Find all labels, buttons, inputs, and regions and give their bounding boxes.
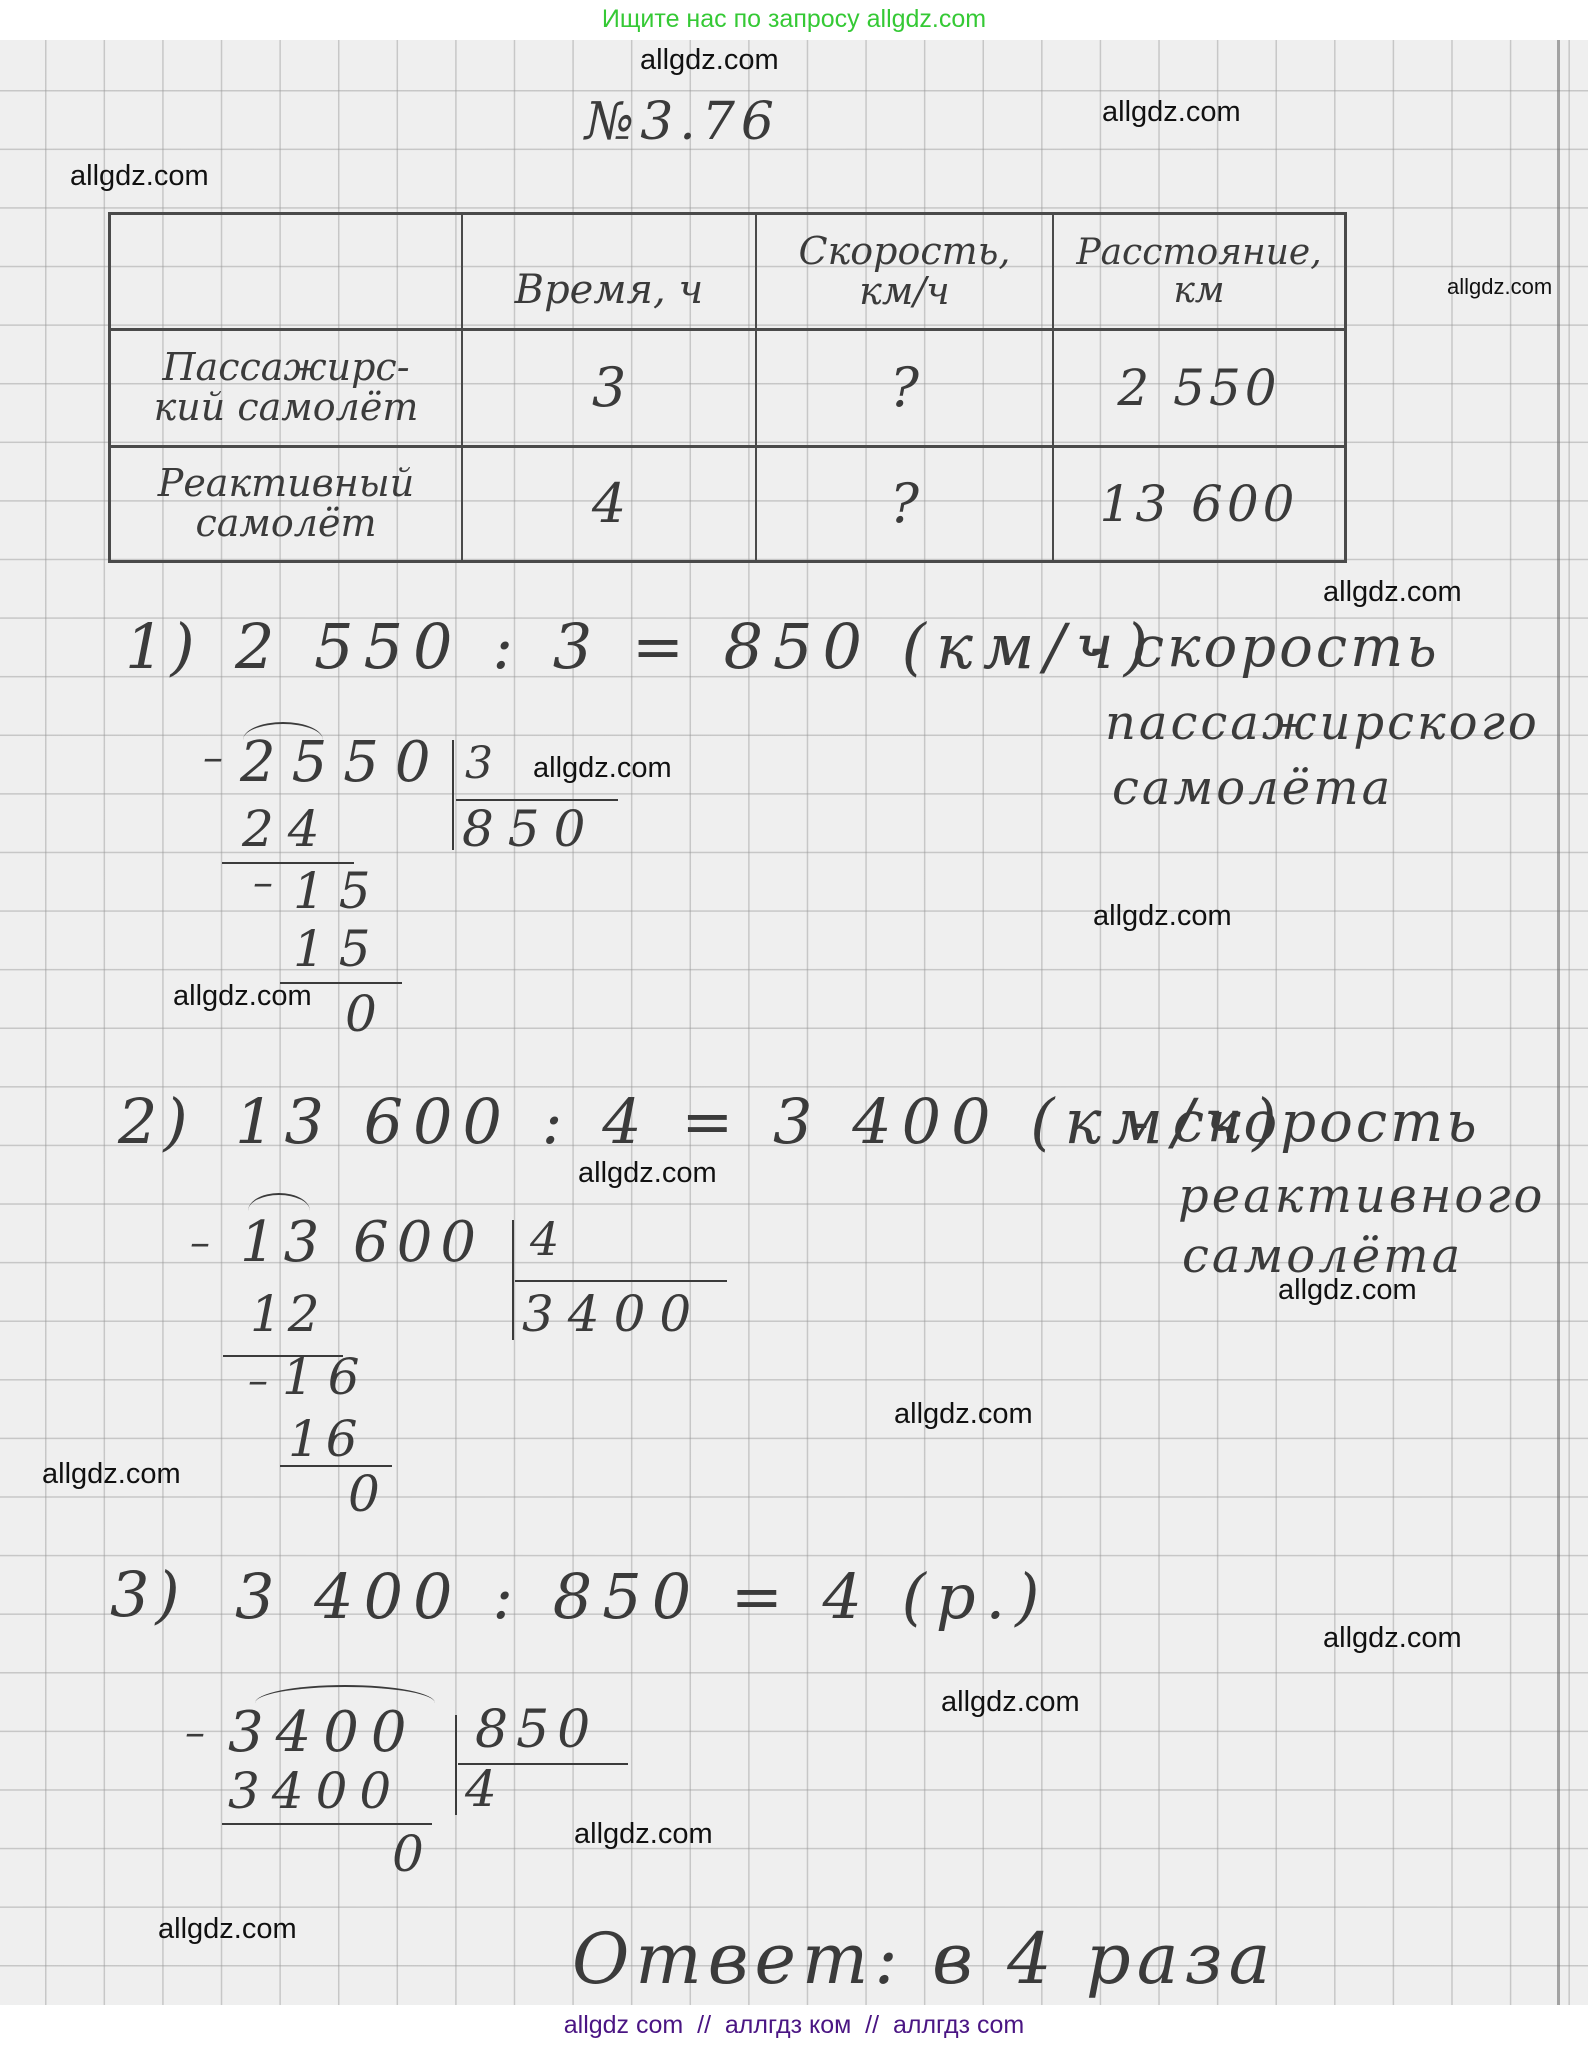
row-name-passenger: Пассажирс- кий самолёт [111,331,461,445]
remainder: 0 [345,985,383,1043]
margin-line [1557,40,1560,2005]
table-border-right [1344,212,1347,563]
partial: 15 [293,920,385,978]
notebook-page: №3.76 Время, ч Скорость, км/ч Расстояние… [0,40,1588,2005]
cell-speed: ? [757,448,1052,560]
problem-number: №3.76 [585,92,780,152]
watermark: allgdz.com [640,44,779,77]
header-time-text: Время, ч [515,269,704,311]
top-banner: Ищите нас по запросу allgdz.com [0,0,1588,40]
bottom-banner: allgdz com // аллгдз ком // аллгдз com [0,2005,1588,2045]
watermark: allgdz.com [173,980,312,1013]
partial: 3400 [228,1762,403,1820]
watermark: allgdz.com [533,752,672,785]
step-3-expression: 3 400 : 850 = 4 (р.) [235,1560,1049,1633]
partial: 24 [242,800,334,858]
step-2-expression: 13 600 : 4 = 3 400 (км/ч) [235,1085,1287,1158]
header-speed: Скорость, км/ч [757,216,1052,328]
remainder: 0 [392,1825,430,1883]
watermark: allgdz.com [42,1458,181,1491]
step-2-comment-line: реактивного [1178,1168,1545,1224]
divisor: 3 [465,738,499,789]
step-1-comment-line: самолёта [1112,760,1393,816]
header-speed-line2: км/ч [799,272,1011,312]
header-time: Время, ч [463,252,755,328]
partial: 15 [293,862,385,920]
step-3-label: 3) [110,1558,186,1631]
minus-sign: – [190,1220,216,1266]
row-name-jet: Реактивный самолёт [111,448,461,560]
divisor: 4 [530,1212,565,1266]
minus-sign: – [185,1710,211,1756]
partial: 16 [288,1410,364,1468]
step-2-label: 2) [118,1085,194,1158]
watermark: allgdz.com [158,1913,297,1946]
header-speed-line1: Скорость, [799,232,1011,272]
cell-time: 3 [463,331,755,445]
answer: Ответ: в 4 раза [572,1918,1276,2000]
bottom-banner-text: allgdz com // аллгдз ком // аллгдз com [564,2011,1025,2039]
top-banner-text: Ищите нас по запросу allgdz.com [602,5,986,33]
step-1-label: 1) [125,610,201,683]
minus-sign: – [203,735,229,781]
watermark: allgdz.com [941,1686,1080,1719]
watermark: allgdz.com [1323,576,1462,609]
quotient: 3400 [522,1285,705,1343]
cell-time: 4 [463,448,755,560]
row-name-line1: Пассажирс- [154,348,419,388]
step-1-expression: 2 550 : 3 = 850 (км/ч) [235,610,1158,683]
header-distance: Расстояние, км [1054,216,1344,328]
header-distance-line1: Расстояние, [1076,234,1321,272]
table-border-bottom [108,560,1346,563]
dividend: 2550 [240,730,447,795]
step-1-comment-line: пассажирского [1105,695,1540,751]
step-1-comment: - скорость [1090,615,1440,680]
watermark: allgdz.com [574,1818,713,1851]
watermark: allgdz.com [1447,274,1552,300]
minus-sign: – [253,860,279,906]
division-bar [512,1220,514,1340]
dividend: 13 600 [240,1210,484,1275]
table-border-top [108,212,1346,215]
minus-sign: – [248,1358,274,1404]
partial: 12 [250,1285,326,1343]
row-name-line1: Реактивный [158,464,414,504]
watermark: allgdz.com [578,1157,717,1190]
partial: 16 [282,1348,374,1406]
cell-speed: ? [757,331,1052,445]
divisor-rule [515,1280,727,1282]
dividend: 3400 [228,1700,419,1765]
watermark: allgdz.com [894,1398,1033,1431]
watermark: allgdz.com [1102,96,1241,129]
division-bar [455,1715,457,1815]
watermark: allgdz.com [1278,1274,1417,1307]
division-arc [248,1193,310,1211]
divisor: 850 [475,1700,598,1760]
watermark: allgdz.com [1093,900,1232,933]
header-distance-line2: км [1076,272,1321,310]
cell-distance: 13 600 [1054,448,1344,560]
cell-distance: 2 550 [1054,331,1344,445]
division-bar [452,740,454,850]
step-2-comment: - скорость [1130,1090,1480,1155]
row-name-line2: кий самолёт [154,388,419,428]
quotient: 850 [462,800,599,858]
row-name-line2: самолёт [158,504,414,544]
quotient: 4 [465,1760,503,1818]
watermark: allgdz.com [1323,1622,1462,1655]
remainder: 0 [348,1465,386,1523]
watermark: allgdz.com [70,160,209,193]
